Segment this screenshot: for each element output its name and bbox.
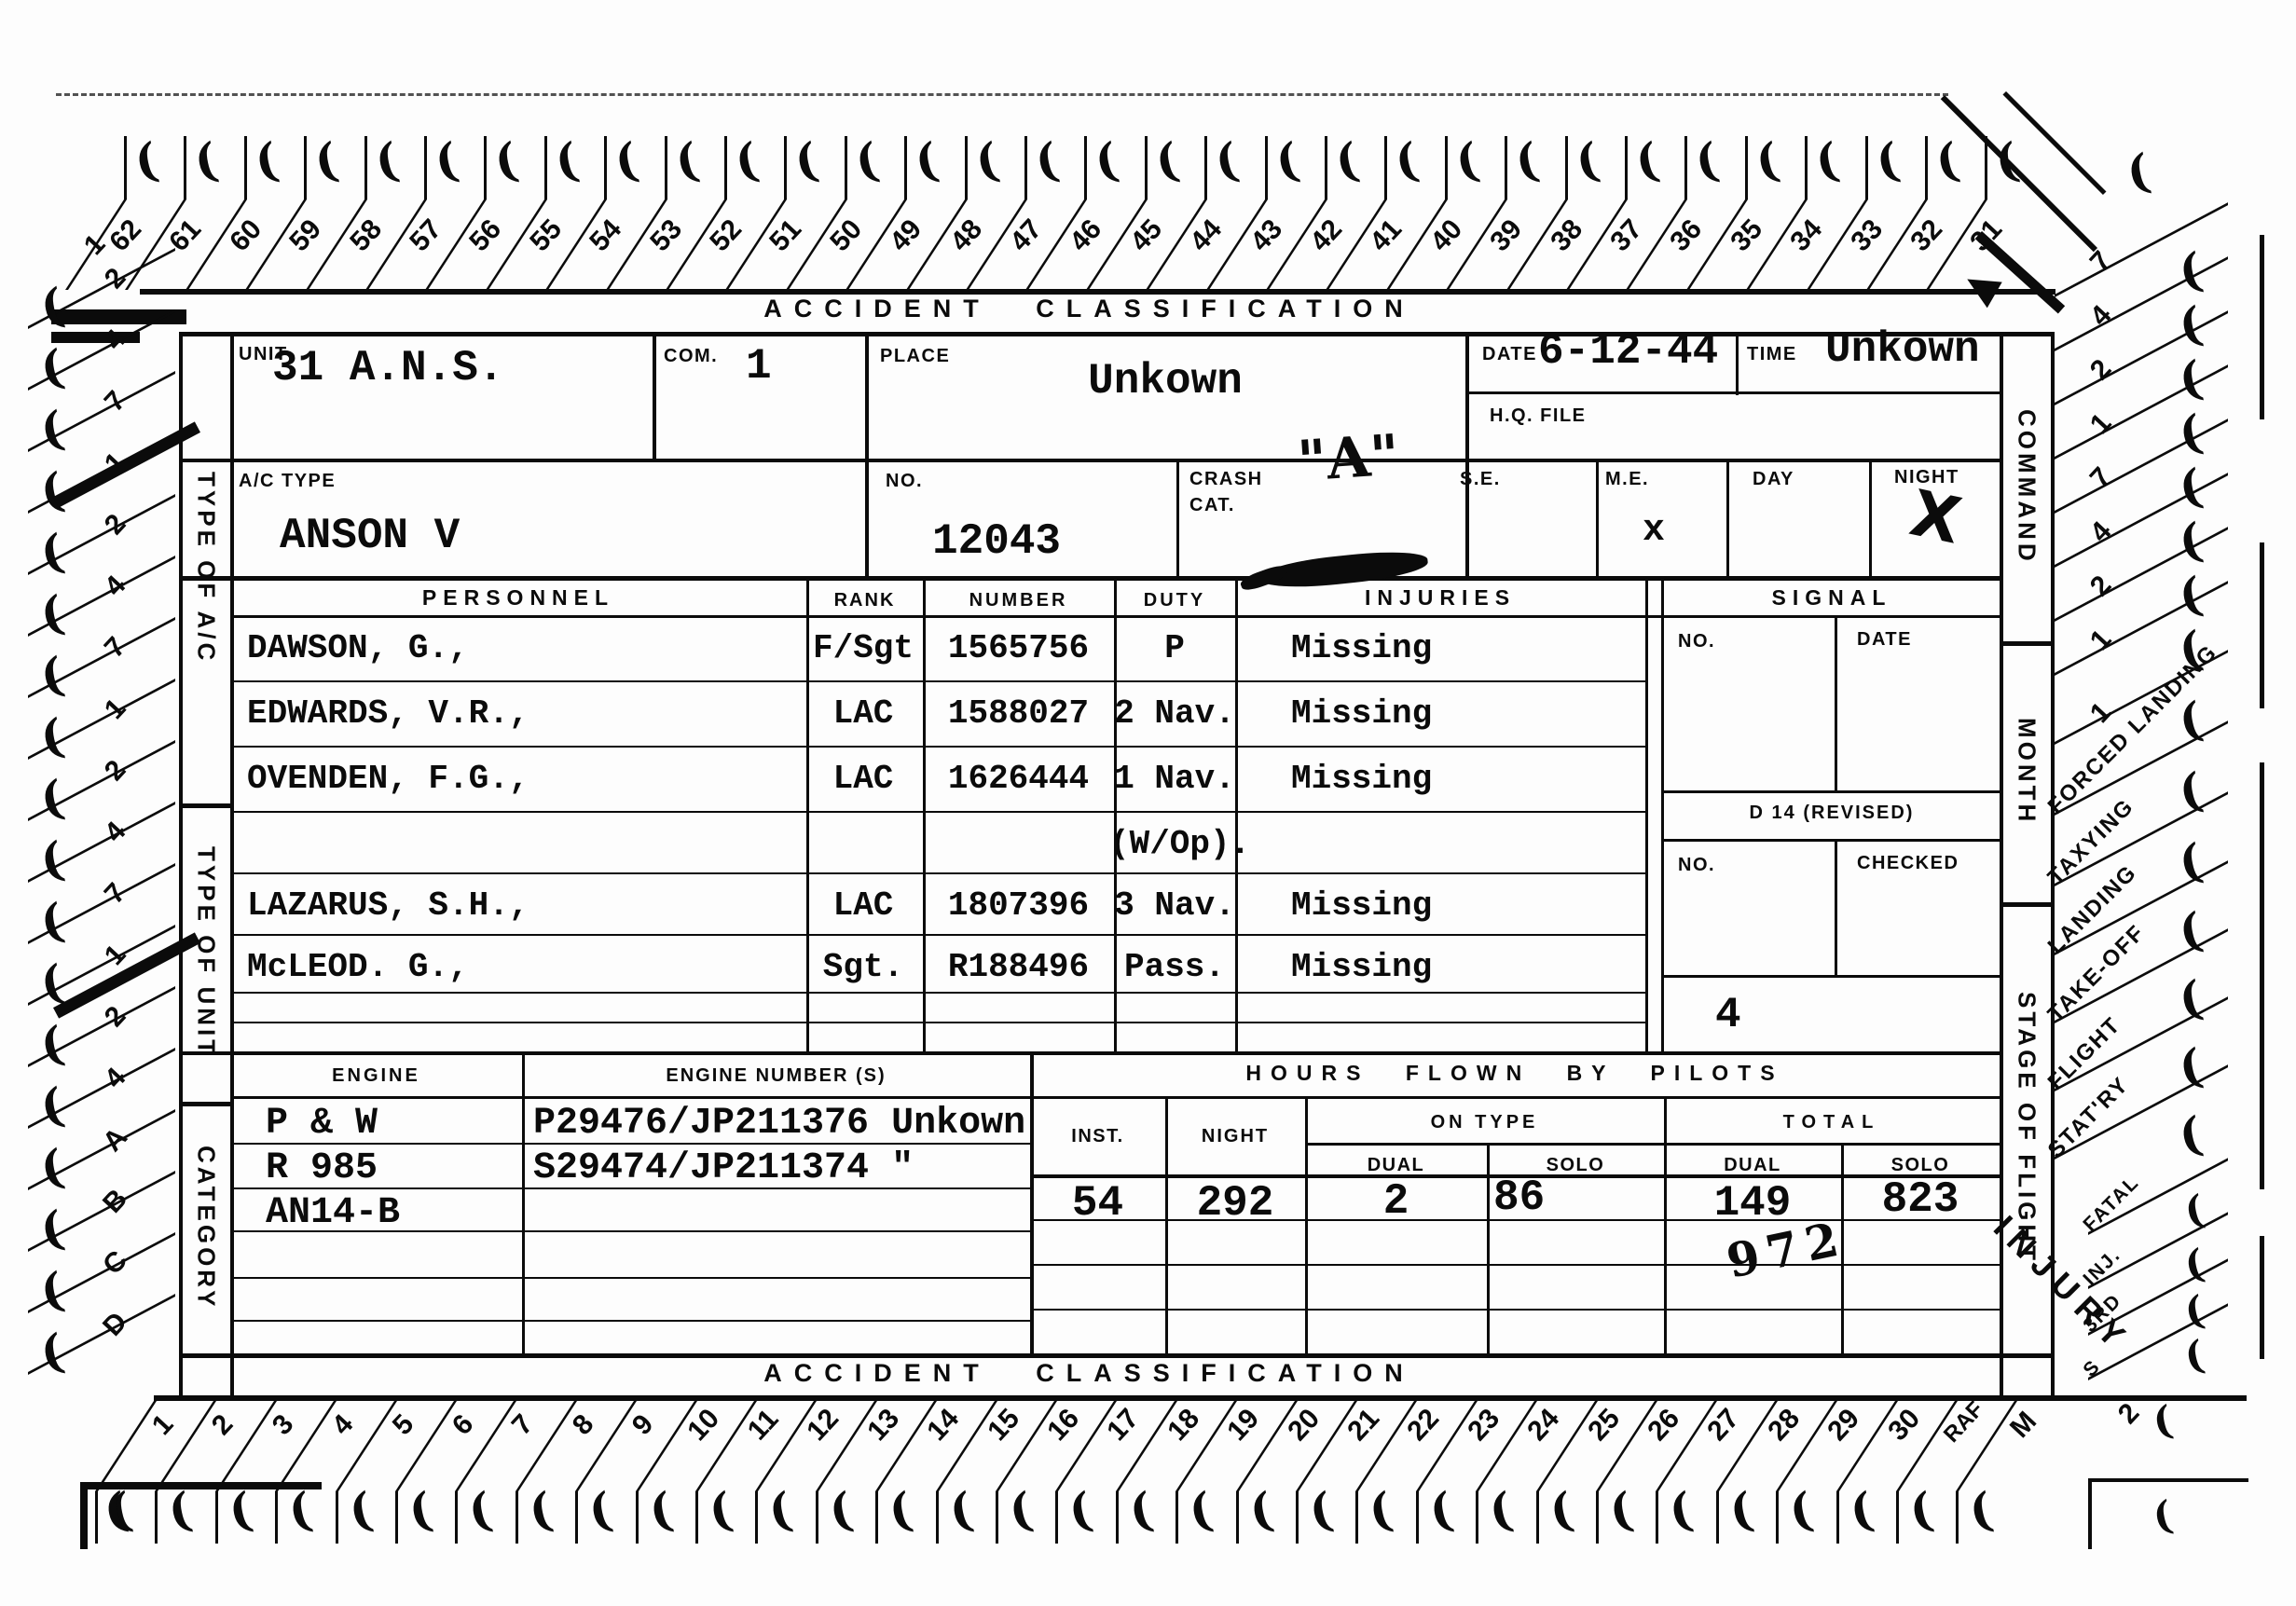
top-edge-divider xyxy=(845,136,847,199)
punch-mark: ( xyxy=(584,1486,616,1536)
top-edge-divider xyxy=(364,136,367,199)
bottom-edge-divider xyxy=(395,1491,398,1544)
border-line xyxy=(1165,1096,1168,1355)
border-line xyxy=(2260,1236,2264,1359)
punch-mark: ( xyxy=(1691,136,1723,186)
border-line xyxy=(653,332,656,462)
injury-row-label: FATAL xyxy=(2080,1172,2143,1235)
top-edge-divider xyxy=(1684,136,1687,199)
bottom-edge-divider xyxy=(1116,1491,1119,1544)
ac-no-value: 12043 xyxy=(932,520,1061,563)
top-edge-divider xyxy=(965,136,968,199)
border-line xyxy=(230,872,1647,874)
left-section-label-type-of-ac: TYPE OF A/C xyxy=(183,336,229,800)
crash-cat-label: CRASH CAT. xyxy=(1189,466,1292,518)
personnel-number: 1807396 xyxy=(923,889,1114,923)
bottom-edge-divider xyxy=(1896,1491,1899,1544)
punch-mark: ( xyxy=(1245,1486,1277,1536)
top-edge-divider xyxy=(1565,136,1568,199)
top-edge-divider xyxy=(1925,136,1928,199)
punch-mark: ( xyxy=(1932,136,1963,186)
punch-mark: ( xyxy=(2150,1495,2176,1537)
punch-mark: ( xyxy=(405,1486,436,1536)
border-line xyxy=(179,576,2003,581)
punch-mark: ( xyxy=(36,958,68,1009)
personnel-rank: LAC xyxy=(804,697,923,731)
personnel-duty: (W/Op). xyxy=(1109,828,1240,861)
night-handwritten-value: X xyxy=(1905,482,1966,554)
punch-mark: ( xyxy=(36,1143,68,1193)
top-edge-divider xyxy=(604,136,607,199)
top-edge-divider xyxy=(1985,136,1987,199)
personnel-duty: Pass. xyxy=(1109,951,1240,984)
punch-mark: ( xyxy=(490,136,522,186)
bottom-edge-divider xyxy=(875,1491,878,1544)
punch-mark: ( xyxy=(36,1204,68,1255)
left-edge-number: 7 xyxy=(85,370,146,432)
border-line xyxy=(1736,332,1739,395)
personnel-injuries: Missing xyxy=(1291,632,1432,666)
top-edge-divider xyxy=(1084,136,1087,199)
bottom-edge-divider xyxy=(996,1491,998,1544)
punch-mark: ( xyxy=(1752,136,1783,186)
punch-mark: ( xyxy=(731,136,763,186)
bottom-edge-divider xyxy=(1836,1491,1839,1544)
punch-mark: ( xyxy=(1065,1486,1096,1536)
bottom-edge-divider xyxy=(1956,1491,1959,1544)
engine-number: P29476/JP211376 Unkown xyxy=(533,1105,1025,1143)
punch-mark: ( xyxy=(1725,1486,1757,1536)
punch-mark: ( xyxy=(945,1486,977,1536)
top-edge-divider xyxy=(904,136,907,199)
border-line xyxy=(2000,641,2055,646)
bottom-edge-divider xyxy=(936,1491,939,1544)
punch-mark: ( xyxy=(1485,1486,1517,1536)
punch-mark: ( xyxy=(1846,1486,1877,1536)
border-line xyxy=(230,811,1647,813)
hq-file-label: H.Q. FILE xyxy=(1490,403,1587,429)
punch-mark: ( xyxy=(671,136,703,186)
top-edge-divider xyxy=(424,136,427,199)
punch-mark: ( xyxy=(611,136,642,186)
punch-mark: ( xyxy=(431,136,462,186)
punch-mark: ( xyxy=(310,136,342,186)
personnel-rank: F/Sgt xyxy=(804,632,923,666)
top-edge-divider xyxy=(784,136,787,199)
top-edge-divider xyxy=(1625,136,1628,199)
personnel-number: R188496 xyxy=(923,951,1114,984)
bottom-edge-divider xyxy=(755,1491,758,1544)
punch-mark: ( xyxy=(1665,1486,1697,1536)
personnel-header: PERSONNEL xyxy=(230,585,806,611)
punch-mark: ( xyxy=(1031,136,1063,186)
bottom-edge-divider xyxy=(636,1491,639,1544)
top-edge-divider xyxy=(1445,136,1448,199)
bottom-edge-divider xyxy=(695,1491,698,1544)
left-edge-number: 4 xyxy=(85,1047,146,1109)
bottom-edge-divider xyxy=(1355,1491,1358,1544)
border-line xyxy=(179,459,2003,462)
engine-name: P & W xyxy=(266,1105,378,1143)
punch-mark: ( xyxy=(1391,136,1423,186)
top-edge-divider xyxy=(1865,136,1868,199)
bottom-edge-divider xyxy=(155,1491,158,1544)
bottom-classification-band: ACCIDENT CLASSIFICATION xyxy=(179,1359,2000,1388)
punch-mark: ( xyxy=(36,528,68,578)
border-line xyxy=(179,1102,234,1106)
border-line xyxy=(1305,1096,1308,1355)
card-top-edge xyxy=(56,93,1948,96)
personnel-name: OVENDEN, F.G., xyxy=(247,762,529,796)
bottom-edge-divider xyxy=(1716,1491,1719,1544)
top-edge-divider xyxy=(124,136,127,199)
personnel-rank: LAC xyxy=(804,762,923,796)
punch-mark: ( xyxy=(551,136,583,186)
bottom-edge-divider xyxy=(1416,1491,1419,1544)
left-edge-number: 7 xyxy=(85,862,146,925)
personnel-name: DAWSON, G., xyxy=(247,632,469,666)
punch-mark: ( xyxy=(1005,1486,1037,1536)
punch-mark: ( xyxy=(851,136,883,186)
injuries-header: INJURIES xyxy=(1235,585,1645,611)
personnel-number: 1626444 xyxy=(923,762,1114,796)
left-edge-number: 4 xyxy=(85,555,146,617)
punch-mark: ( xyxy=(36,1081,68,1132)
border-line xyxy=(179,1051,2003,1055)
punch-mark: ( xyxy=(1365,1486,1396,1536)
bottom-edge-divider xyxy=(1476,1491,1478,1544)
bottom-edge-divider xyxy=(215,1491,218,1544)
bottom-edge-divider xyxy=(1596,1491,1599,1544)
punch-mark: ( xyxy=(345,1486,377,1536)
punch-mark: ( xyxy=(1572,136,1603,186)
punch-mark: ( xyxy=(791,136,822,186)
top-edge-divider xyxy=(1145,136,1148,199)
border-line xyxy=(2088,1478,2092,1549)
punch-mark: ( xyxy=(764,1486,796,1536)
border-line xyxy=(230,992,1647,994)
punch-mark: ( xyxy=(2175,766,2207,817)
personnel-name: McLEOD. G., xyxy=(247,951,469,984)
border-line xyxy=(1661,576,1664,1053)
punch-mark: ( xyxy=(1631,136,1663,186)
border-line xyxy=(80,1482,88,1549)
left-edge-number: 2 xyxy=(85,493,146,556)
punch-mark: ( xyxy=(885,1486,916,1536)
border-line xyxy=(1030,1309,2002,1311)
border-line xyxy=(1465,332,1469,580)
signal-bottom-value: 4 xyxy=(1715,994,1741,1036)
punch-mark: ( xyxy=(705,1486,736,1536)
top-edge-divider xyxy=(544,136,547,199)
top-edge-divider xyxy=(1505,136,1507,199)
bottom-edge-divider xyxy=(1236,1491,1239,1544)
time-label: TIME xyxy=(1747,341,1797,367)
unit-value: 31 A.N.S. xyxy=(272,347,503,390)
border-line xyxy=(1869,459,1872,580)
top-edge-divider xyxy=(1204,136,1207,199)
punch-mark: ( xyxy=(1185,1486,1217,1536)
border-line xyxy=(1465,391,2003,394)
personnel-name: LAZARUS, S.H., xyxy=(247,889,529,923)
bottom-edge-divider xyxy=(816,1491,818,1544)
signal-date-label: DATE xyxy=(1857,626,1912,652)
left-edge-number: B xyxy=(85,1170,146,1232)
total-header: TOTAL xyxy=(1664,1109,2000,1135)
on-type-header: ON TYPE xyxy=(1305,1109,1664,1135)
bottom-edge-divider xyxy=(1296,1491,1299,1544)
punch-mark: ( xyxy=(36,712,68,762)
personnel-rank: LAC xyxy=(804,889,923,923)
injury-row-label: INJ. xyxy=(2080,1244,2124,1289)
ac-no-label: NO. xyxy=(886,468,923,494)
left-section-label-category: CATEGORY xyxy=(183,1105,229,1350)
top-edge-divider xyxy=(244,136,247,199)
engine-number: S29474/JP211374 " xyxy=(533,1150,914,1187)
border-line xyxy=(1305,1143,2002,1146)
injury-row-label: S xyxy=(2080,1356,2104,1380)
hours-flown-title: HOURS FLOWN BY PILOTS xyxy=(1030,1061,2000,1086)
bottom-edge-divider xyxy=(516,1491,518,1544)
border-line xyxy=(1596,459,1599,580)
punch-mark: ( xyxy=(2175,695,2207,746)
punch-mark: ( xyxy=(251,136,282,186)
engine-name: R 985 xyxy=(266,1150,378,1187)
place-value: Unkown xyxy=(865,360,1465,403)
punch-mark: ( xyxy=(2123,147,2154,198)
punch-mark: ( xyxy=(36,281,68,332)
border-line xyxy=(230,332,234,1395)
border-line xyxy=(179,332,183,1395)
punch-mark: ( xyxy=(525,1486,557,1536)
border-line xyxy=(230,934,1647,936)
border-line xyxy=(1176,459,1179,580)
on-type-solo-value: 86 xyxy=(1493,1176,1545,1219)
top-edge-divider xyxy=(1745,136,1748,199)
border-line xyxy=(1664,790,2002,793)
bottom-edge-divider xyxy=(336,1491,338,1544)
personnel-duty: 2 Nav. xyxy=(1109,697,1240,731)
left-edge-number: 1 xyxy=(85,678,146,740)
border-line xyxy=(1726,459,1729,580)
punch-mark: ( xyxy=(36,589,68,639)
top-edge-divider xyxy=(1024,136,1027,199)
signal-revised-label: D 14 (REVISED) xyxy=(1664,800,2000,826)
top-edge-divider xyxy=(724,136,727,199)
punch-mark: ( xyxy=(36,1266,68,1316)
punch-mark: ( xyxy=(2181,1243,2207,1285)
day-label: DAY xyxy=(1753,466,1794,492)
bottom-edge-divider xyxy=(1055,1491,1058,1544)
border-line xyxy=(1835,841,1837,977)
left-edge-number: D xyxy=(85,1293,146,1355)
border-line xyxy=(522,1051,525,1355)
punch-mark: ( xyxy=(825,1486,857,1536)
total-solo-value: 823 xyxy=(1841,1178,2000,1221)
com-value: 1 xyxy=(746,345,772,388)
right-edge-bottom-number: 2 xyxy=(2098,1382,2160,1445)
bottom-edge-divider xyxy=(1175,1491,1178,1544)
personnel-number: 1565756 xyxy=(923,632,1114,666)
bottom-edge-divider xyxy=(1776,1491,1779,1544)
accident-record-card: ACCIDENT CLASSIFICATION ACCIDENT CLASSIF… xyxy=(0,0,2296,1606)
bottom-edge-number: RAF xyxy=(1935,1393,1992,1451)
punch-mark: ( xyxy=(36,651,68,701)
on-type-dual-value: 2 xyxy=(1305,1180,1487,1223)
punch-mark: ( xyxy=(1451,136,1483,186)
ac-type-label: A/C TYPE xyxy=(239,468,336,494)
personnel-injuries: Missing xyxy=(1291,762,1432,796)
punch-mark: ( xyxy=(911,136,942,186)
punch-mark: ( xyxy=(2175,1110,2207,1160)
left-edge-number: 4 xyxy=(85,801,146,863)
top-edge-divider xyxy=(1265,136,1268,199)
punch-mark: ( xyxy=(284,1486,316,1536)
punch-mark: ( xyxy=(1965,1486,1997,1536)
border-line xyxy=(1835,617,1837,792)
punch-mark: ( xyxy=(1811,136,1843,186)
border-line xyxy=(1664,839,2002,842)
signal-no-label: NO. xyxy=(1678,628,1715,654)
border-line xyxy=(2260,762,2264,1189)
inst-header: INST. xyxy=(1030,1123,1165,1149)
border-line xyxy=(230,680,1647,682)
punch-mark: ( xyxy=(971,136,1003,186)
punch-mark: ( xyxy=(1305,1486,1337,1536)
personnel-duty: 3 Nav. xyxy=(1109,889,1240,923)
left-edge-number: 2 xyxy=(85,739,146,802)
punch-mark: ( xyxy=(371,136,403,186)
right-section-label-command: COMMAND xyxy=(2003,336,2050,638)
border-line xyxy=(230,1096,2000,1099)
personnel-number: 1588027 xyxy=(923,697,1114,731)
left-edge-number: 7 xyxy=(85,616,146,679)
punch-mark: ( xyxy=(645,1486,677,1536)
punch-mark: ( xyxy=(36,1327,68,1378)
bottom-edge-divider xyxy=(1656,1491,1658,1544)
top-classification-band: ACCIDENT CLASSIFICATION xyxy=(179,295,2000,323)
left-edge-number: A xyxy=(85,1108,146,1171)
top-edge-divider xyxy=(484,136,487,199)
night-header: NIGHT xyxy=(1165,1123,1305,1149)
border-line xyxy=(1664,975,2002,978)
border-line xyxy=(1645,576,1648,1053)
top-edge-divider xyxy=(665,136,667,199)
left-edge-number: C xyxy=(85,1231,146,1294)
punch-mark: ( xyxy=(1905,1486,1937,1536)
punch-mark: ( xyxy=(1425,1486,1457,1536)
signal-no2-label: NO. xyxy=(1678,852,1715,878)
punch-mark: ( xyxy=(1272,136,1303,186)
punch-mark: ( xyxy=(36,1020,68,1070)
personnel-injuries: Missing xyxy=(1291,697,1432,731)
signal-title: SIGNAL xyxy=(1664,585,2000,611)
me-value: x xyxy=(1643,513,1665,550)
top-edge-divider xyxy=(304,136,307,199)
punch-mark: ( xyxy=(190,136,222,186)
personnel-injuries: Missing xyxy=(1291,951,1432,984)
punch-mark: ( xyxy=(36,774,68,824)
punch-mark: ( xyxy=(1785,1486,1817,1536)
border-line xyxy=(179,1353,2055,1358)
border-line xyxy=(230,1022,1647,1023)
top-edge-divider xyxy=(1805,136,1808,199)
punch-mark: ( xyxy=(1605,1486,1637,1536)
bottom-edge-divider xyxy=(95,1491,98,1544)
border-line xyxy=(865,332,869,580)
engine-header: ENGINE xyxy=(230,1063,522,1089)
border-line xyxy=(1664,1096,1667,1355)
personnel-duty: P xyxy=(1109,632,1240,666)
border-line xyxy=(2260,235,2264,419)
border-line xyxy=(2088,1478,2248,1482)
top-edge-divider xyxy=(1325,136,1327,199)
punch-mark: ( xyxy=(2181,1335,2207,1377)
border-line xyxy=(2260,542,2264,708)
punch-mark: ( xyxy=(1991,136,2023,186)
rank-header: RANK xyxy=(806,587,923,613)
punch-mark: ( xyxy=(1331,136,1363,186)
bottom-edge-divider xyxy=(575,1491,578,1544)
punch-mark: ( xyxy=(1546,1486,1577,1536)
ac-type-value: ANSON V xyxy=(280,515,460,557)
punch-mark: ( xyxy=(2150,1400,2176,1442)
punch-mark: ( xyxy=(225,1486,256,1536)
duty-header: DUTY xyxy=(1114,587,1235,613)
punch-mark: ( xyxy=(1872,136,1904,186)
top-edge-divider xyxy=(184,136,186,199)
personnel-duty: 1 Nav. xyxy=(1109,762,1240,796)
me-label: M.E. xyxy=(1605,466,1649,492)
engine-name: AN14-B xyxy=(266,1195,400,1232)
engine-number-header: ENGINE NUMBER (S) xyxy=(522,1063,1030,1089)
punch-mark: ( xyxy=(36,835,68,885)
punch-mark: ( xyxy=(36,343,68,393)
punch-mark: ( xyxy=(1151,136,1183,186)
personnel-name: EDWARDS, V.R., xyxy=(247,697,529,731)
punch-mark: ( xyxy=(1091,136,1122,186)
punch-mark: ( xyxy=(1125,1486,1157,1536)
com-label: COM. xyxy=(664,343,718,369)
punch-mark: ( xyxy=(464,1486,496,1536)
border-line xyxy=(230,1320,1030,1322)
punch-mark: ( xyxy=(36,897,68,947)
right-section-label-month: MONTH xyxy=(2003,645,2050,899)
bottom-edge-divider xyxy=(275,1491,278,1544)
border-line xyxy=(230,1277,1030,1279)
personnel-injuries: Missing xyxy=(1291,889,1432,923)
punch-mark: ( xyxy=(1211,136,1243,186)
bottom-edge-divider xyxy=(455,1491,458,1544)
border-line xyxy=(179,332,2055,336)
bottom-edge-divider xyxy=(1536,1491,1539,1544)
border-line xyxy=(1030,1264,2002,1266)
punch-mark: ( xyxy=(131,136,162,186)
signal-checked-label: CHECKED xyxy=(1857,850,1959,876)
border-line xyxy=(230,746,1647,748)
border-line xyxy=(1030,1174,2002,1178)
punch-mark: ( xyxy=(164,1486,196,1536)
border-line xyxy=(179,803,234,808)
date-label: DATE xyxy=(1482,341,1537,367)
bottom-edge-number: M xyxy=(1994,1393,2055,1456)
number-header: NUMBER xyxy=(923,587,1114,613)
border-line xyxy=(2000,902,2055,907)
top-edge-divider xyxy=(1384,136,1387,199)
punch-mark: ( xyxy=(1511,136,1543,186)
personnel-rank: Sgt. xyxy=(804,951,923,984)
border-line xyxy=(1030,1219,2002,1221)
